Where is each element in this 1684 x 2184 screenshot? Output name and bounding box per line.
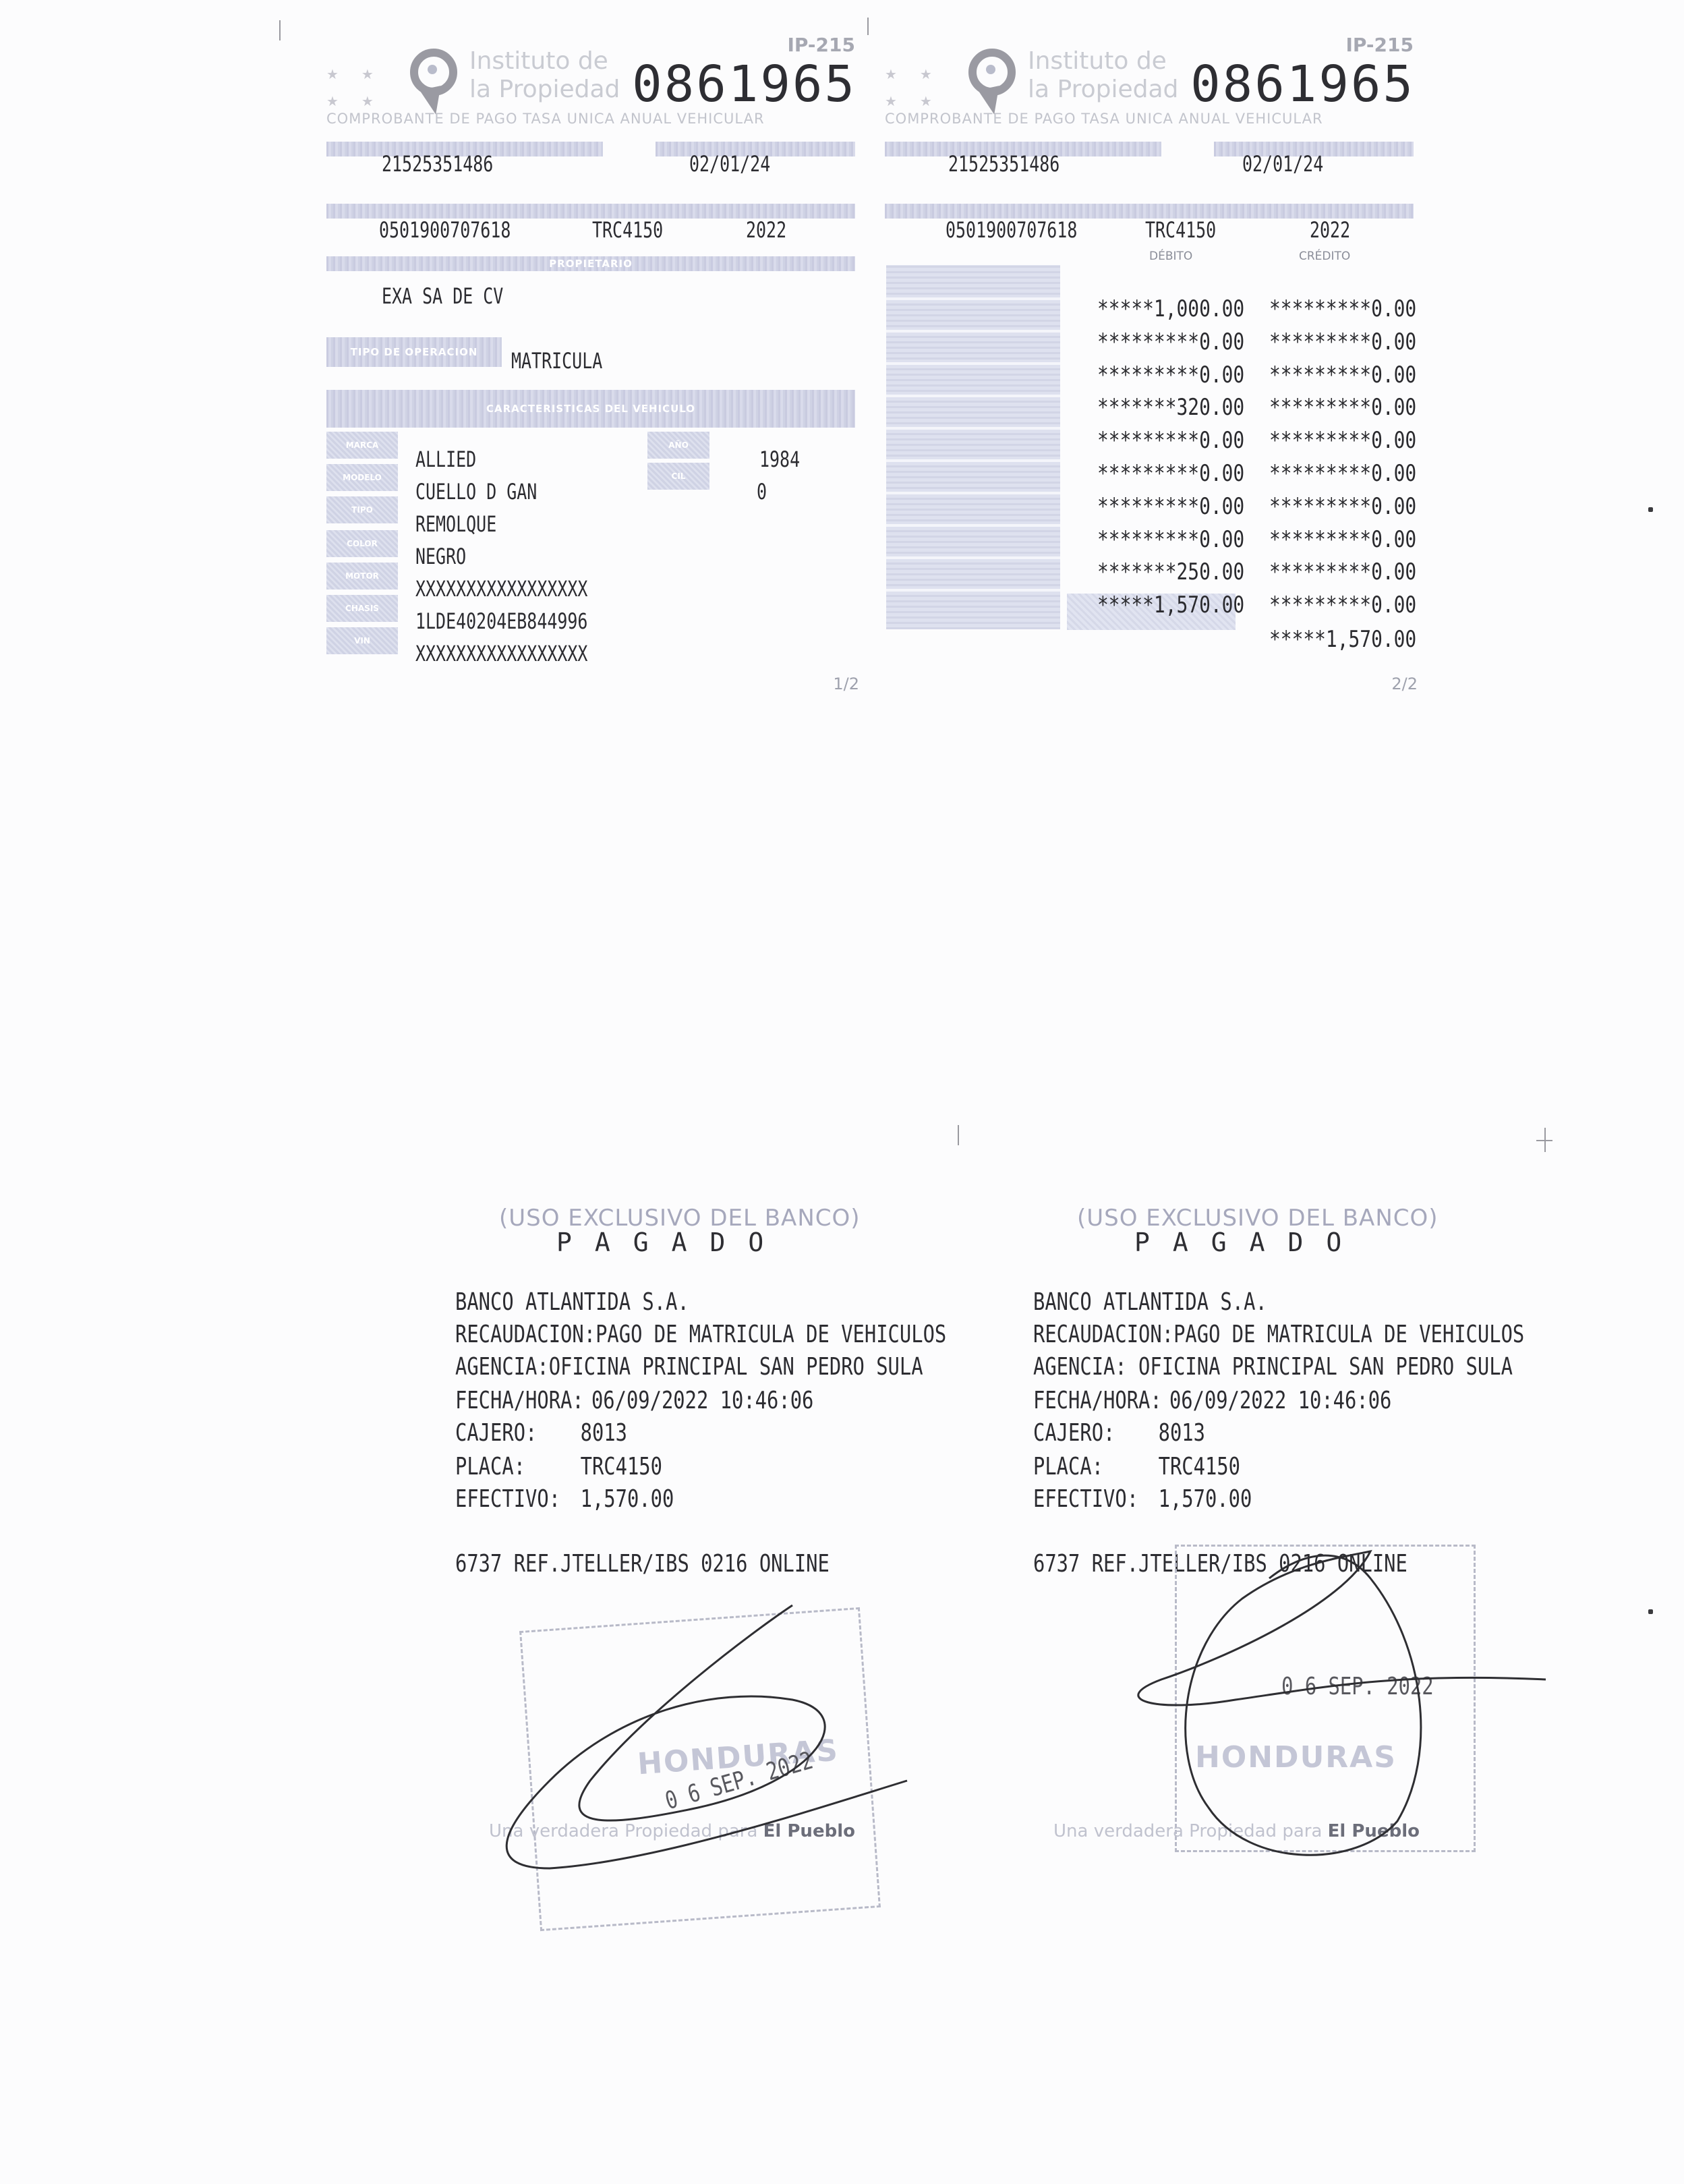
- plate: TRC4150: [1145, 217, 1216, 243]
- scan-mark: [867, 18, 869, 35]
- ledger-row: *********0.00*********0.00: [1067, 493, 1418, 526]
- receipt-date: 02/01/24: [689, 151, 770, 177]
- label-vin: VIN: [326, 627, 398, 654]
- bank-receipt-2: (USO EXCLUSIVO DEL BANCO) PAGADO BANCO A…: [1020, 1201, 1573, 1943]
- vehicle-engine: XXXXXXXXXXXXXXXXX: [415, 576, 587, 602]
- scan-dot: [1648, 507, 1653, 512]
- ledger-row: *******320.00*********0.00: [1067, 394, 1418, 427]
- institute-name: Instituto de la Propiedad: [1028, 47, 1178, 104]
- vehicle-type: REMOLQUE: [415, 511, 496, 537]
- receipt-date: 02/01/24: [1242, 151, 1323, 177]
- debit-amount: *********0.00: [1097, 526, 1236, 553]
- signature: [442, 1201, 995, 1943]
- label-color: COLOR: [326, 530, 398, 557]
- form-code: IP-215: [1345, 34, 1414, 56]
- debit-column-header: DÉBITO: [1149, 250, 1192, 263]
- vehicle-chassis: 1LDE40204EB844996: [415, 608, 587, 634]
- ledger-row: *********0.00*********0.00: [1067, 460, 1418, 493]
- ledger-labels: [886, 265, 1060, 629]
- fiscal-year: 2022: [1310, 217, 1350, 243]
- label-engine: MOTOR: [326, 563, 398, 590]
- vehicle-year: 1984: [759, 447, 800, 472]
- receipt-page-2: ★★★★ Instituto de la Propiedad IP-215 08…: [885, 27, 1418, 701]
- debit-amount: *****1,000.00: [1097, 295, 1236, 322]
- institute-name: Instituto de la Propiedad: [469, 47, 620, 104]
- credit-column-header: CRÉDITO: [1299, 250, 1350, 263]
- bank-receipt-1: (USO EXCLUSIVO DEL BANCO) PAGADO BANCO A…: [442, 1201, 995, 1943]
- ledger-row: *********0.00*********0.00: [1067, 427, 1418, 460]
- credit-amount: *********0.00: [1269, 394, 1407, 421]
- receipt-subtitle: COMPROBANTE DE PAGO TASA UNICA ANUAL VEH…: [326, 111, 859, 127]
- receipt-page-1: ★★★★ Instituto de la Propiedad IP-215 08…: [326, 27, 859, 701]
- debit-amount: *********0.00: [1097, 493, 1236, 520]
- identification-header: [885, 204, 1414, 219]
- label-year: AÑO: [647, 432, 709, 459]
- label-type: TIPO: [326, 496, 398, 523]
- credit-amount: *********0.00: [1269, 493, 1407, 520]
- credit-amount: *********0.00: [1269, 460, 1407, 487]
- credit-amount: *********0.00: [1269, 427, 1407, 454]
- ledger-row: *****1,000.00*********0.00: [1067, 295, 1418, 328]
- vehicle-model: CUELLO D GAN: [415, 479, 537, 505]
- label-cylinders: CIL: [647, 463, 709, 490]
- ledger-row: *********0.00*********0.00: [1067, 328, 1418, 362]
- debit-amount: *******250.00: [1097, 558, 1236, 585]
- credit-amount: *********0.00: [1269, 295, 1407, 322]
- identification: 0501900707618: [379, 217, 511, 243]
- receipt-number: 21525351486: [948, 151, 1059, 177]
- label-model: MODELO: [326, 464, 398, 491]
- credit-amount: *********0.00: [1269, 362, 1407, 389]
- debit-amount: *********0.00: [1097, 328, 1236, 355]
- vehicle-cylinders: 0: [757, 479, 767, 505]
- net-total: *****1,570.00: [1269, 626, 1407, 653]
- ledger-row: *********0.00*********0.00: [1067, 526, 1418, 559]
- receipt-number: 21525351486: [382, 151, 493, 177]
- operation-type-header: TIPO DE OPERACION: [326, 337, 502, 367]
- debit-amount: *******320.00: [1097, 394, 1236, 421]
- folio-number: 0861965: [1190, 55, 1415, 113]
- credit-amount: *********0.00: [1269, 558, 1407, 585]
- scan-mark: [1536, 1140, 1552, 1141]
- receipt-subtitle: COMPROBANTE DE PAGO TASA UNICA ANUAL VEH…: [885, 111, 1418, 127]
- page-number: 1/2: [833, 674, 859, 693]
- vehicle-brand: ALLIED: [415, 447, 476, 472]
- debit-amount: *****1,570.00: [1097, 592, 1236, 619]
- operation-type: MATRICULA: [511, 348, 602, 374]
- fiscal-year: 2022: [746, 217, 786, 243]
- owner-header: PROPIETARIO: [326, 256, 855, 271]
- identification-header: [326, 204, 855, 219]
- vehicle-header: CARACTERISTICAS DEL VEHICULO: [326, 390, 855, 428]
- scan-dot: [1648, 1609, 1653, 1614]
- debit-amount: *********0.00: [1097, 460, 1236, 487]
- folio-number: 0861965: [632, 55, 856, 113]
- debit-amount: *********0.00: [1097, 362, 1236, 389]
- owner-name: EXA SA DE CV: [382, 283, 503, 309]
- ledger-row: *******250.00*********0.00: [1067, 558, 1418, 592]
- plate: TRC4150: [592, 217, 663, 243]
- ledger-row: *****1,570.00*********0.00: [1067, 592, 1418, 625]
- credit-amount: *********0.00: [1269, 328, 1407, 355]
- vehicle-vin: XXXXXXXXXXXXXXXXX: [415, 641, 587, 666]
- label-chassis: CHASIS: [326, 595, 398, 622]
- net-total-row: *****1,570.00: [1067, 626, 1418, 659]
- credit-amount: *********0.00: [1269, 526, 1407, 553]
- debit-amount: *********0.00: [1097, 427, 1236, 454]
- credit-amount: *********0.00: [1269, 592, 1407, 619]
- scan-mark: [279, 20, 281, 40]
- label-brand: MARCA: [326, 432, 398, 459]
- vehicle-color: NEGRO: [415, 544, 466, 569]
- form-code: IP-215: [787, 34, 855, 56]
- ledger-row: *********0.00*********0.00: [1067, 362, 1418, 395]
- signature: [1020, 1201, 1573, 1943]
- page-number: 2/2: [1391, 674, 1418, 693]
- identification: 0501900707618: [946, 217, 1077, 243]
- scan-mark: [958, 1125, 959, 1145]
